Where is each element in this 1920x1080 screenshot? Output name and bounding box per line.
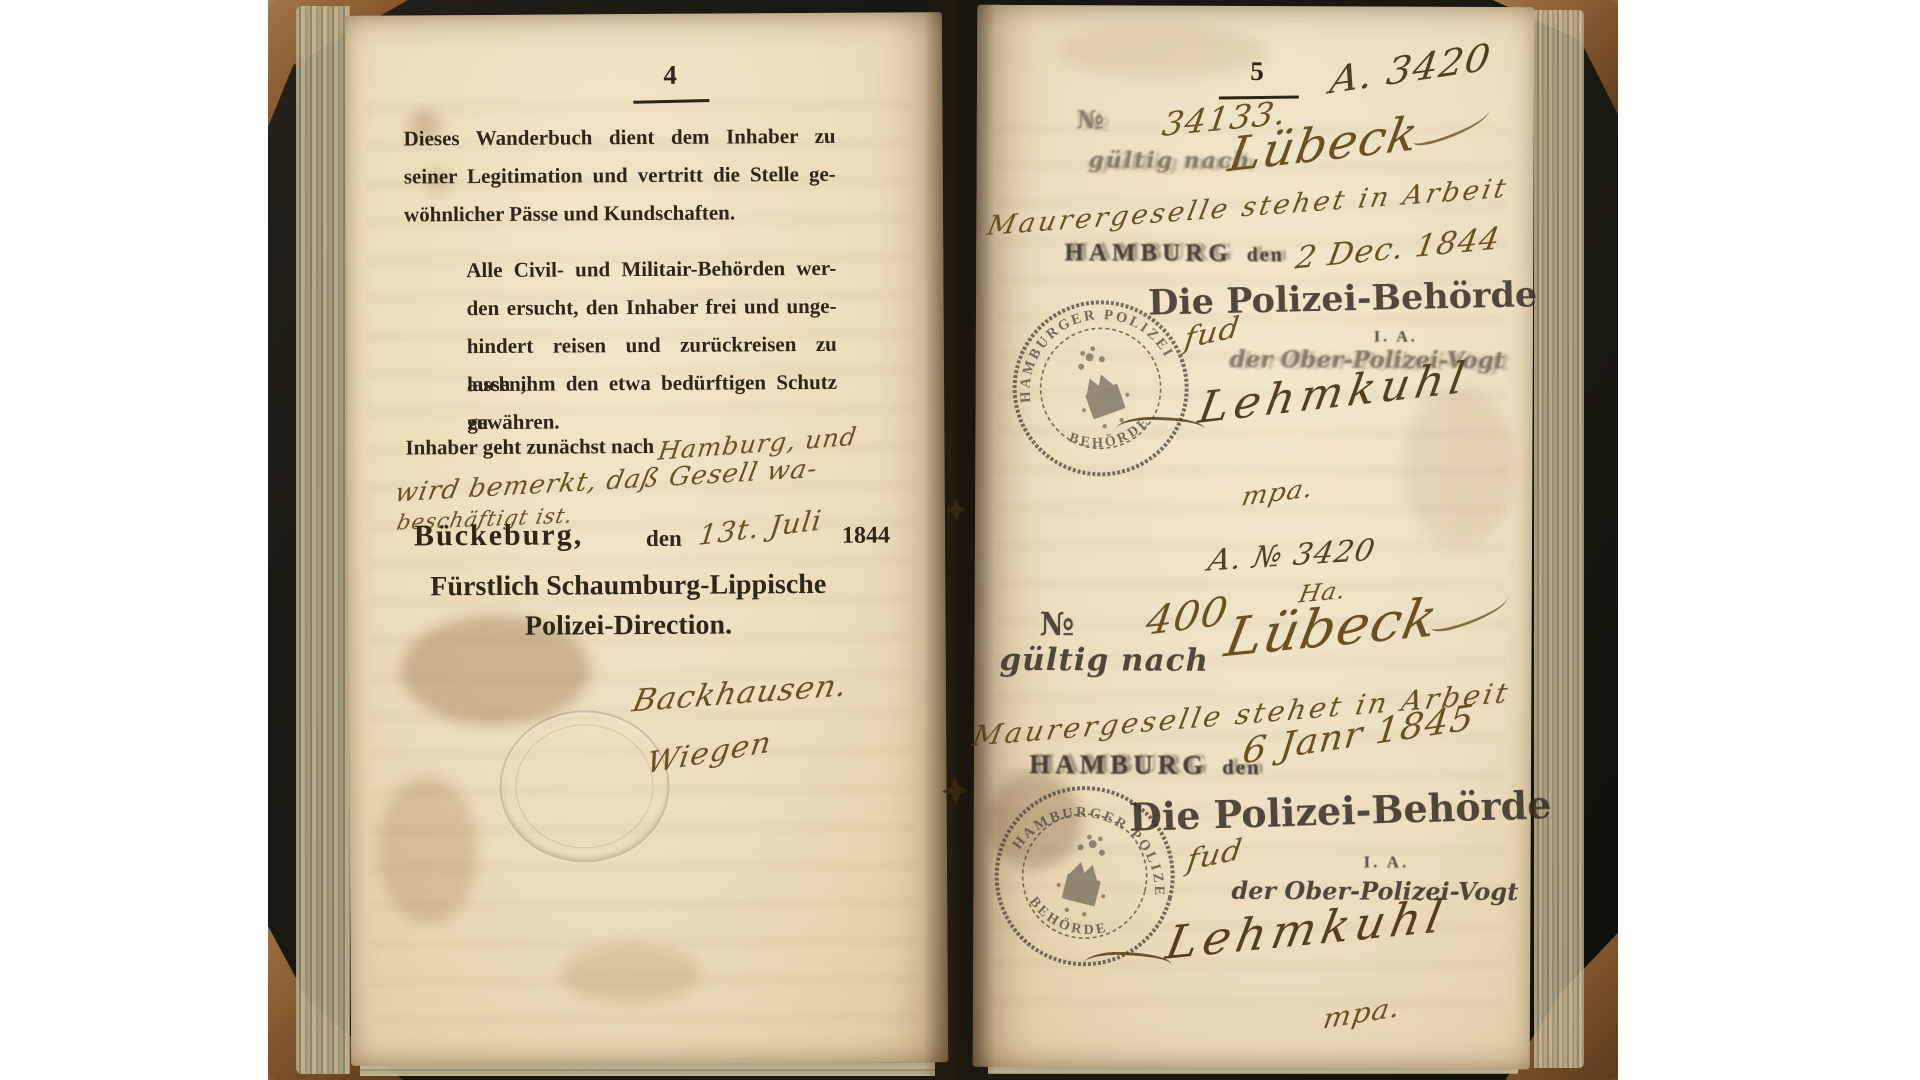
- embossed-seal-inner-ring: [515, 724, 654, 849]
- authority-name-line: Polizei-Direction.: [388, 609, 868, 644]
- den-stamp: den: [1247, 244, 1284, 266]
- destination-line-printed: Inhaber geht zunächst nach: [405, 434, 654, 460]
- printed-paragraph-line: wöhnlicher Pässe und Kundschaften.: [404, 193, 836, 234]
- destination-line: Inhaber geht zunächst nach Hamburg, und: [405, 428, 935, 460]
- printed-paragraph-line: Alle Civil- und Militair-Behörden wer-: [466, 249, 836, 289]
- printed-paragraph-line: seiner Legitimation und vertritt die Ste…: [404, 155, 836, 196]
- number-stamp: №: [1040, 605, 1075, 643]
- issue-year: 1844: [842, 523, 890, 550]
- hamburg-stamp: HAMBURG: [1064, 239, 1232, 267]
- police-authority-stamp: Die Polizei-Behörde: [1148, 274, 1538, 323]
- issue-den-label: den: [646, 526, 682, 552]
- page-5: A. 3420 5 № 34133. gültig nach Lübeck Ma…: [973, 5, 1535, 1069]
- corner-reference-number: A. 3420: [1328, 35, 1494, 102]
- ia-stamp: I. A.: [1364, 852, 1410, 872]
- page-number: 4: [640, 60, 700, 91]
- issue-city: Bückeburg,: [414, 518, 583, 553]
- book-gutter-shadow: [923, 0, 995, 1080]
- stamp-crest-icon: [1051, 829, 1120, 920]
- page-edges-left: [296, 6, 350, 1074]
- ia-stamp: I. A.: [1374, 329, 1418, 347]
- place-date-stamp-line: HAMBURG den: [1064, 239, 1284, 268]
- printed-paragraph-line: den ersucht, den Inhaber frei und unge-: [466, 287, 836, 327]
- authority-name-line: Fürstlich Schaumburg-Lippische: [388, 569, 868, 604]
- paper-stain: [1405, 387, 1516, 547]
- valid-to-stamp: gültig nach: [999, 642, 1209, 679]
- printed-paragraph-line: Dieses Wanderbuch dient dem Inhaber zu: [403, 117, 835, 158]
- page-edges-right: [1534, 10, 1584, 1068]
- number-stamp: №: [1077, 105, 1104, 134]
- embossed-seal-icon: [499, 710, 670, 863]
- scanned-wanderbuch-photo: 4 Dieses Wanderbuch dient dem Inhaber zu…: [0, 0, 1920, 1080]
- page-4: 4 Dieses Wanderbuch dient dem Inhaber zu…: [345, 12, 948, 1066]
- book-cover: 4 Dieses Wanderbuch dient dem Inhaber zu…: [268, 0, 1618, 1080]
- paper-stain: [377, 775, 478, 926]
- page-number: 5: [1227, 56, 1287, 87]
